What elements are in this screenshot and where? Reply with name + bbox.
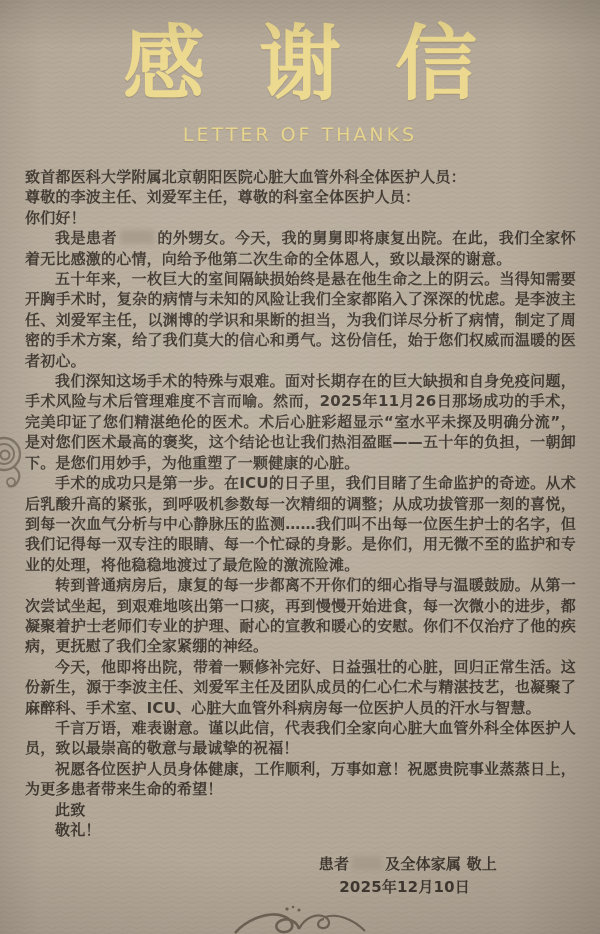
bottom-scroll-ornament [225, 903, 375, 934]
paragraph-4: 手术的成功只是第一步。在ICU的日子里，我们目睹了生命监护的奇迹。从术后乳酸升高… [25, 473, 576, 575]
letter-body: 致首都医科大学附属北京朝阳医院心脏大血管外科全体医护人员： 尊敬的李波主任、刘爱… [25, 167, 576, 897]
letter-photo: 感 谢 信 LETTER OF THANKS 致首都医科大学附属北京朝阳医院心脏… [0, 0, 600, 934]
greeting-line: 你们好！ [25, 208, 576, 228]
paragraph-8: 祝愿各位医护人员身体健康，工作顺利，万事如意！祝愿贵院事业蒸蒸日上，为更多患者带… [25, 759, 576, 800]
title-char-2: 谢 [259, 24, 341, 106]
paragraph-1-pre: 我是患者 [55, 229, 117, 247]
redacted-patient-name [120, 230, 154, 244]
letter-subtitle: LETTER OF THANKS [0, 124, 600, 146]
letter-title: 感 谢 信 [0, 24, 600, 106]
paragraph-1: 我是患者的外甥女。今天，我的舅舅即将康复出院。在此，我们全家怀着无比感激的心情，… [25, 228, 576, 269]
paragraph-7: 千言万语，难表谢意。谨以此信，代表我们全家向心脏大血管外科全体医护人员，致以最崇… [25, 718, 576, 759]
redacted-signature-name [352, 856, 382, 870]
title-char-1: 感 [123, 24, 205, 106]
paragraph-6: 今天，他即将出院，带着一颗修补完好、日益强壮的心脏，回归正常生活。这份新生，源于… [25, 657, 576, 718]
salutation-line: 尊敬的李波主任、刘爱军主任，尊敬的科室全体医护人员： [25, 187, 576, 207]
paragraph-3: 我们深知这场手术的特殊与艰难。面对长期存在的巨大缺损和自身免疫问题，手术风险与术… [25, 371, 576, 473]
title-char-3: 信 [395, 24, 477, 106]
paragraph-2: 五十年来，一枚巨大的室间隔缺损始终是悬在他生命之上的阴云。当得知需要开胸手术时，… [25, 269, 576, 371]
signature-line: 患者及全体家属 敬上 [25, 854, 576, 874]
closing-jingli: 敬礼！ [25, 820, 576, 840]
recipient-line: 致首都医科大学附属北京朝阳医院心脏大血管外科全体医护人员： [25, 167, 576, 187]
closing-cizhi: 此致 [25, 800, 576, 820]
paragraph-5: 转到普通病房后，康复的每一步都离不开你们的细心指导与温暖鼓励。从第一次尝试坐起，… [25, 575, 576, 657]
signature-pre: 患者 [319, 855, 349, 873]
date-line: 2025年12月10日 [25, 877, 576, 897]
signature-post: 及全体家属 敬上 [385, 855, 497, 873]
